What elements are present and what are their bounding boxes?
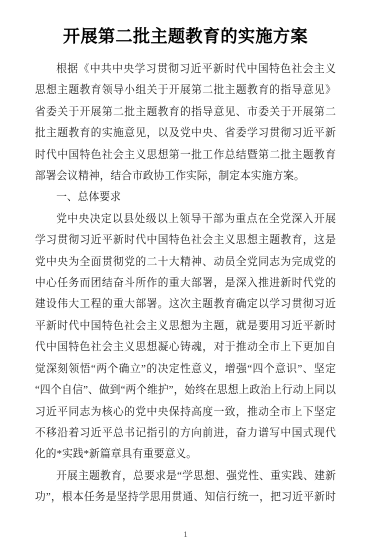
paragraph-general-requirements: 开展主题教育，总要求是“学思想、强党性、重实践、建新功”，根本任务是坚持学思用贯… bbox=[35, 466, 336, 509]
paragraph-basis: 根据《中共中央学习贯彻习近平新时代中国特色社会主义思想主题教育领导小组关于开展第… bbox=[35, 59, 336, 187]
page-number: 1 bbox=[0, 529, 371, 539]
document-body: 根据《中共中央学习贯彻习近平新时代中国特色社会主义思想主题教育领导小组关于开展第… bbox=[35, 59, 336, 509]
document-title: 开展第二批主题教育的实施方案 bbox=[0, 0, 371, 49]
paragraph-overall-requirements: 党中央决定以县处级以上领导干部为重点在全党深入开展学习贯彻习近平新时代中国特色社… bbox=[35, 209, 336, 466]
section-heading-overall-requirements: 一、总体要求 bbox=[35, 187, 336, 208]
document-page: 开展第二批主题教育的实施方案 根据《中共中央学习贯彻习近平新时代中国特色社会主义… bbox=[0, 0, 371, 550]
